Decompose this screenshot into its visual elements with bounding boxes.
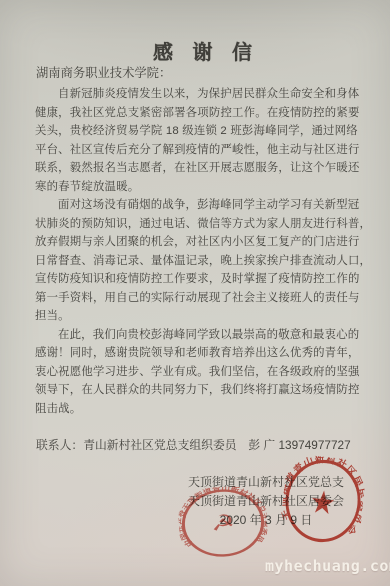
letter-body: 自新冠肺炎疫情发生以来，为保护居民群众生命安全和身体健康，我社区党总支紧密部署各…	[35, 85, 361, 418]
body-line: 担当。	[35, 307, 361, 326]
body-line: 健康，我社区党总支紧密部署各项防控工作。在疫情防控的紧要	[35, 104, 361, 123]
signature-org-committee: 天顶街道青山新村社区居委会	[175, 492, 357, 511]
body-line: 联系，毅然报名当志愿者，在社区开展志愿服务，让这个乍暖还	[35, 159, 361, 178]
body-line: 感谢！同时，感谢贵院领导和老师教育培养出这么优秀的青年，	[35, 344, 361, 363]
body-line: 放弃假期与亲人团聚的机会，对社区内小区复工复产的门店进行	[35, 233, 361, 252]
letter-title: 感 谢 信	[11, 36, 390, 65]
letter-photo: 感 谢 信 湖南商务职业技术学院： 自新冠肺炎疫情发生以来，为保护居民群众生命安…	[0, 0, 390, 586]
body-line: 平台、社区宣传后充分了解到疫情的严峻性，他主动与社区进行	[35, 141, 361, 160]
signature-date: 2020 年 3 月 9 日	[175, 511, 357, 530]
body-line: 阻击战。	[35, 400, 361, 419]
body-line: 状肺炎的预防知识，通过电话、微信等方式为家人朋友进行科普，	[35, 215, 361, 234]
watermark-text: myhechuang.com	[265, 557, 390, 575]
body-line: 衷心祝愿他学习进步、学业有成。我们坚信，在各级政府的坚强	[35, 363, 361, 382]
body-line: 在此，我们向贵校彭海峰同学致以最崇高的敬意和最衷心的	[35, 326, 361, 345]
body-line: 关头，贵校经济贸易学院 18 级连锁 2 班彭海峰同学，通过网络	[35, 122, 361, 141]
body-line: 自新冠肺炎疫情发生以来，为保护居民群众生命安全和身体	[35, 85, 361, 104]
contact-line: 联系人：青山新村社区党总支组织委员 彭 广 13974977727	[36, 436, 351, 453]
body-line: 面对这场没有硝烟的战争，彭海峰同学主动学习有关新型冠	[35, 196, 361, 215]
body-line: 日常督查、消毒记录、量体温记录，晚上挨家挨户排查流动人口，	[35, 252, 361, 271]
letter-salutation: 湖南商务职业技术学院：	[36, 63, 171, 81]
body-line: 第一手资料，用自己的实际行动展现了社会主义接班人的责任与	[35, 289, 361, 308]
body-line: 宣传防疫知识和疫情防控工作要求，及时掌握了疫情防控工作的	[35, 270, 361, 289]
signature-block: 天顶街道青山新村社区党总支 天顶街道青山新村社区居委会 2020 年 3 月 9…	[175, 473, 357, 530]
body-line: 寒的春节绽放温暖。	[35, 178, 361, 197]
body-line: 领导下，在人民群众的共同努力下，我们终将打赢这场疫情防控	[35, 381, 361, 400]
signature-org-party: 天顶街道青山新村社区党总支	[175, 473, 357, 492]
